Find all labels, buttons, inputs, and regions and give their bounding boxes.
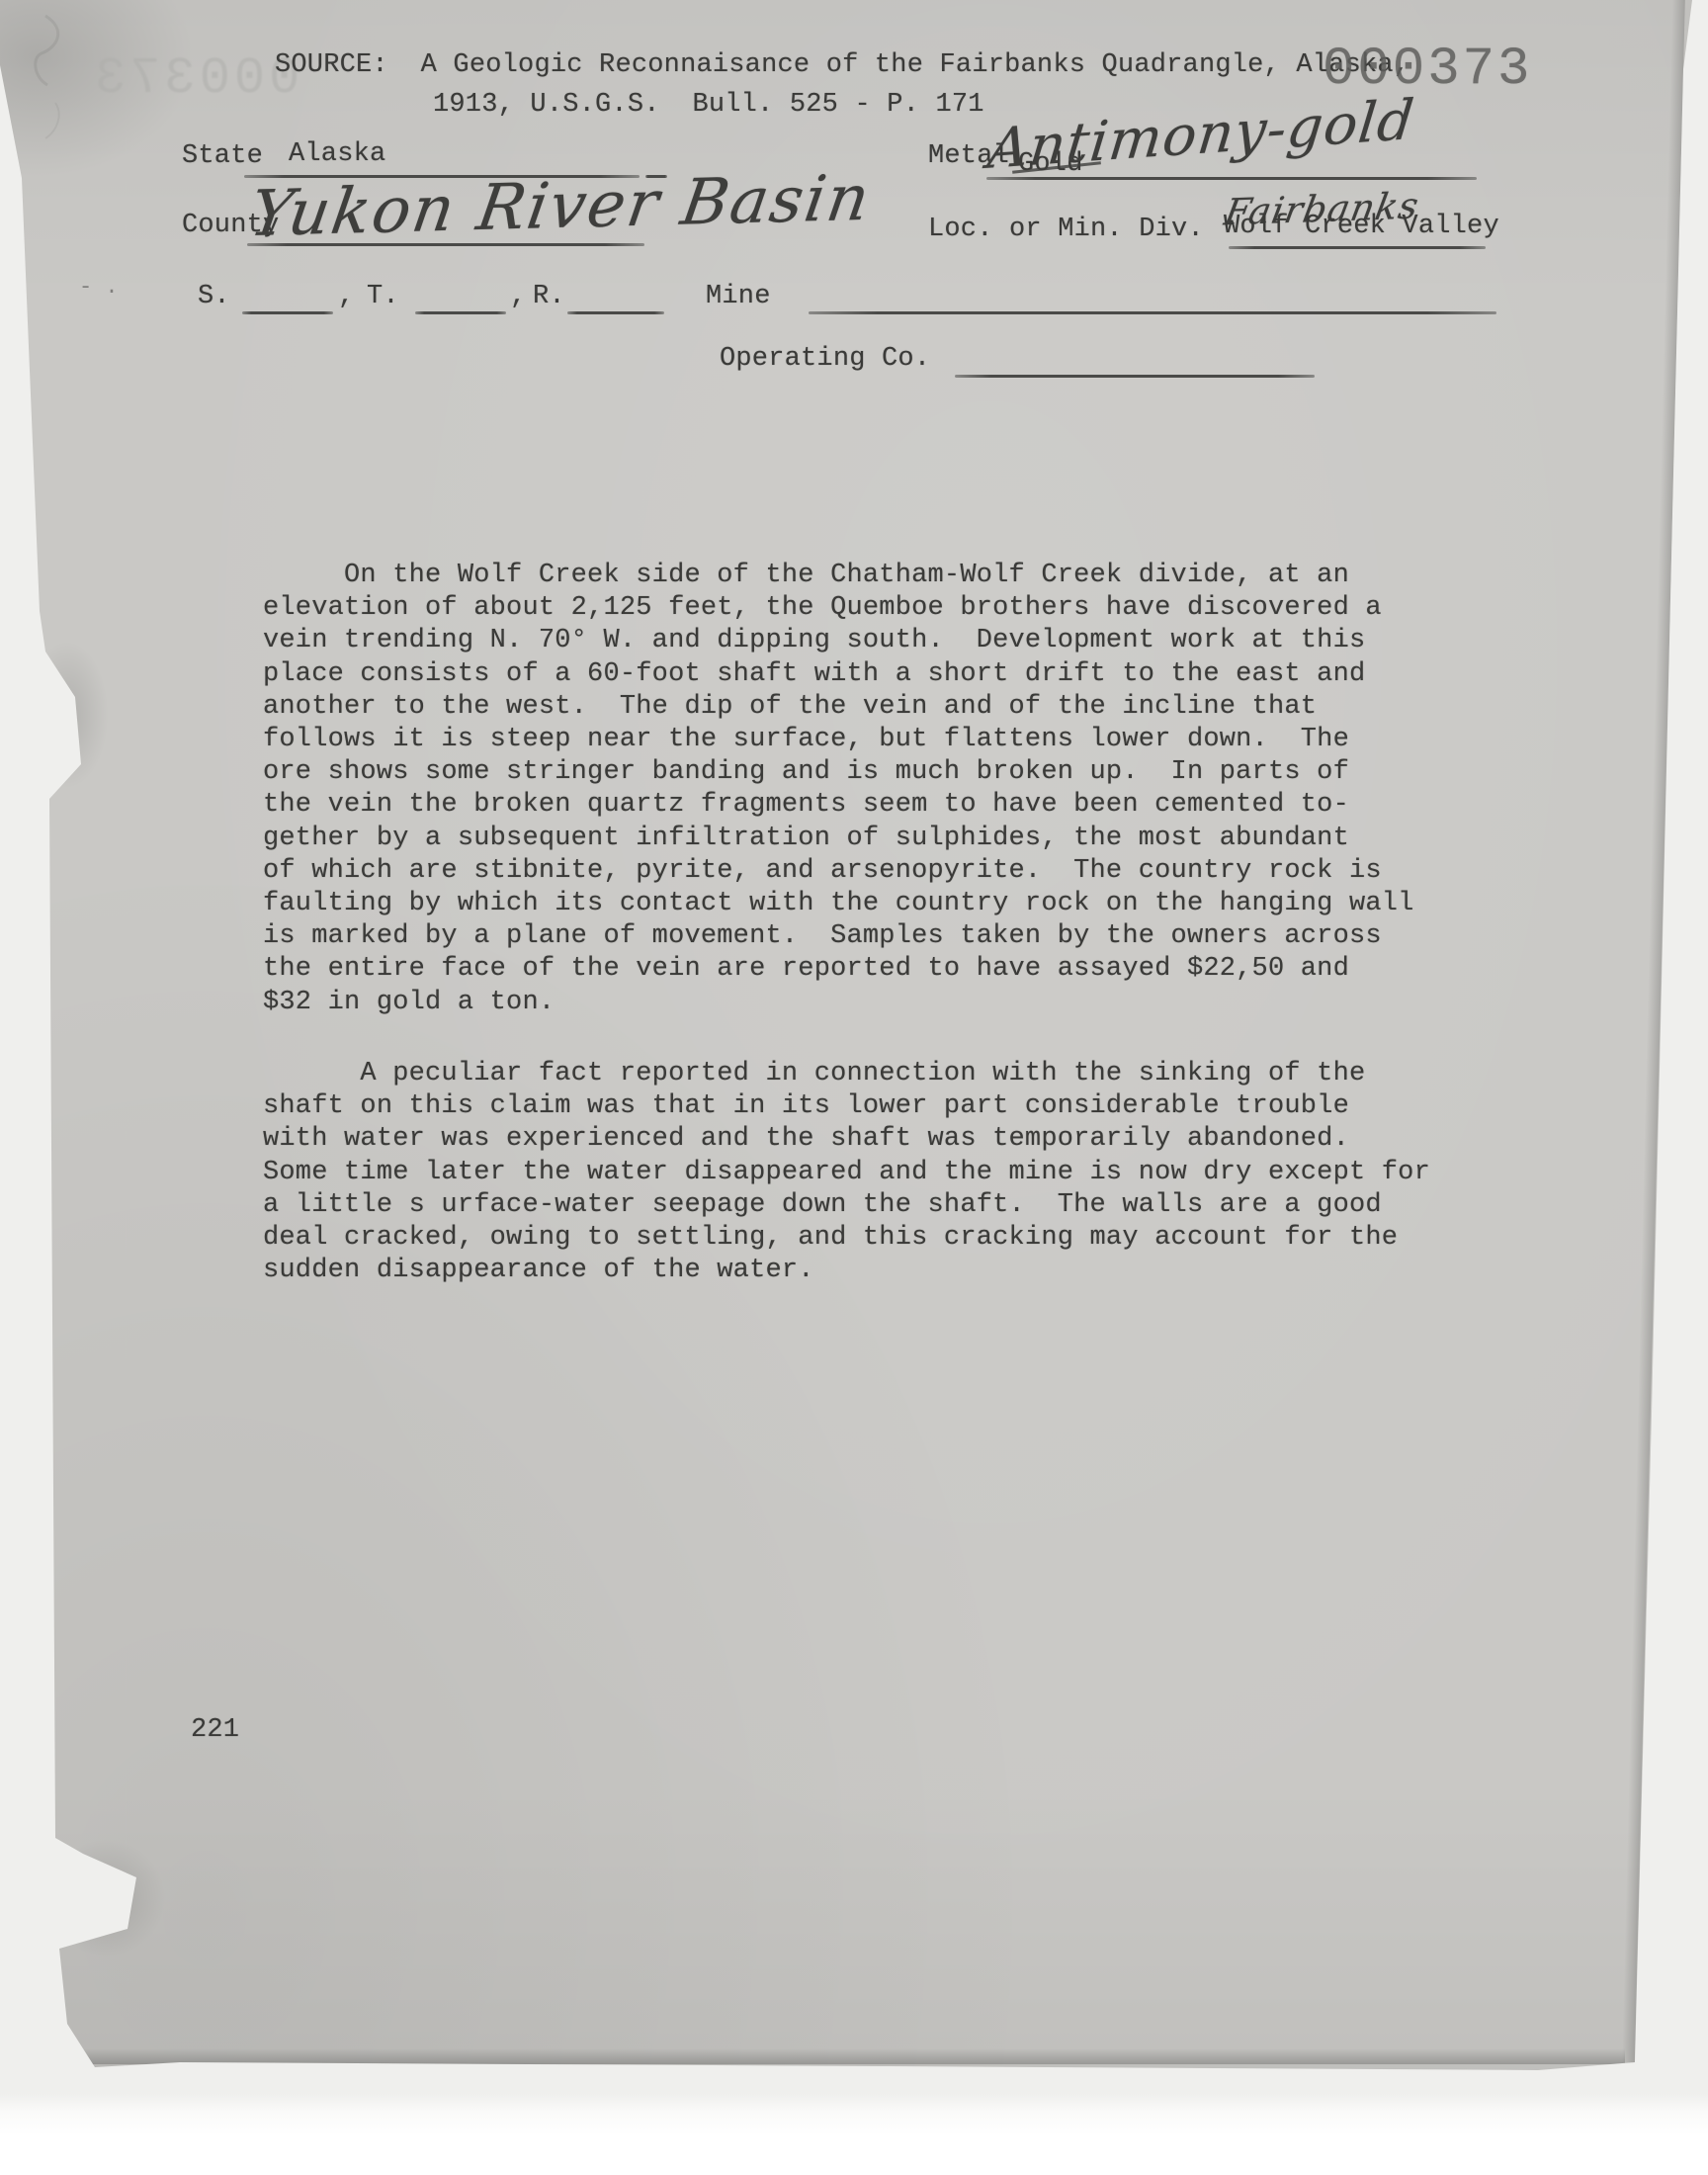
stray-pencil-mark: - . (79, 275, 119, 300)
township-label: T. (367, 281, 399, 313)
section-label: S. (198, 281, 230, 313)
torn-notch-upper (40, 641, 109, 789)
range-label: R. (533, 281, 565, 313)
paper-right-edge-shadow (1621, 0, 1685, 2078)
stamp-number: 000373 (1323, 40, 1532, 100)
comma-1: , (338, 281, 354, 313)
body-paragraph-1: On the Wolf Creek side of the Chatham-Wo… (263, 560, 1414, 1019)
mine-underline (809, 311, 1496, 314)
metal-underline (986, 177, 1477, 180)
operating-co-underline (955, 375, 1315, 378)
state-label: State (182, 140, 263, 173)
source-line-1: SOURCE: A Geologic Reconnaisance of the … (275, 49, 1409, 82)
loc-underline (1229, 246, 1486, 249)
scanned-page: 000373 SOURCE: A Geologic Reconnaisance … (0, 0, 1708, 2175)
ghost-stamp-number: 000373 (91, 49, 299, 108)
state-value: Alaska (289, 138, 385, 171)
loc-value: Wolf Creek Valley (1224, 211, 1499, 243)
township-underline (415, 311, 506, 314)
section-underline (242, 311, 333, 314)
comma-2: , (510, 281, 526, 313)
paper-bottom-edge-shadow (83, 2048, 1625, 2064)
torn-notch-lower (57, 1839, 166, 1957)
operating-co-label: Operating Co. (720, 343, 930, 376)
page-number: 221 (191, 1714, 239, 1747)
mine-label: Mine (706, 281, 771, 313)
range-underline (567, 311, 664, 314)
loc-label: Loc. or Min. Div. (928, 214, 1204, 246)
body-paragraph-2: A peculiar fact reported in connection w… (263, 1058, 1430, 1287)
source-line-2: 1913, U.S.G.S. Bull. 525 - P. 171 (433, 89, 984, 122)
